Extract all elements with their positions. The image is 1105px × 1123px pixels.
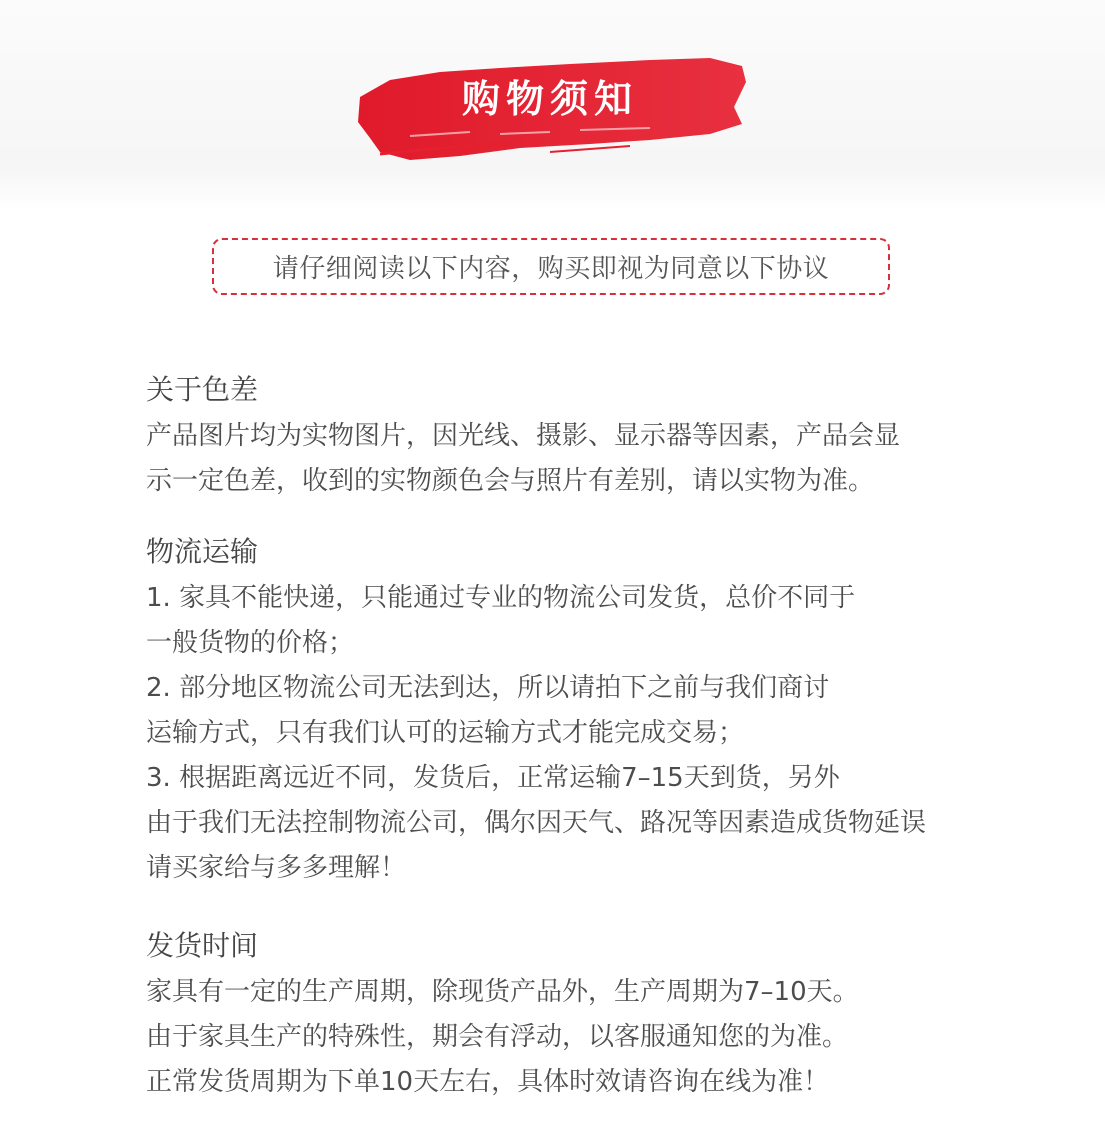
- section-line: 产品图片均为实物图片，因光线、摄影、显示器等因素，产品会显: [146, 414, 996, 459]
- section-shipping-time: 发货时间 家具有一定的生产周期，除现货产品外，生产周期为7–10天。 由于家具生…: [146, 922, 996, 1105]
- section-line: 一般货物的价格；: [146, 621, 996, 666]
- section-logistics: 物流运输 1. 家具不能快递，只能通过专业的物流公司发货，总价不同于 一般货物的…: [146, 528, 996, 891]
- section-line: 3. 根据距离远近不同，发货后，正常运输7–15天到货，另外: [146, 756, 996, 801]
- section-line: 由于我们无法控制物流公司，偶尔因天气、路况等因素造成货物延误: [146, 801, 996, 846]
- section-line: 示一定色差，收到的实物颜色会与照片有差别，请以实物为准。: [146, 459, 996, 504]
- section-line: 运输方式，只有我们认可的运输方式才能完成交易；: [146, 711, 996, 756]
- section-line: 2. 部分地区物流公司无法到达，所以请拍下之前与我们商讨: [146, 666, 996, 711]
- section-line: 由于家具生产的特殊性，期会有浮动，以客服通知您的为准。: [146, 1015, 996, 1060]
- section-title: 关于色差: [146, 366, 996, 414]
- banner-title: 购物须知: [350, 68, 750, 123]
- section-line: 1. 家具不能快递，只能通过专业的物流公司发货，总价不同于: [146, 576, 996, 621]
- section-color-difference: 关于色差 产品图片均为实物图片，因光线、摄影、显示器等因素，产品会显 示一定色差…: [146, 366, 996, 504]
- section-line: 正常发货周期为下单10天左右，具体时效请咨询在线为准！: [146, 1060, 996, 1105]
- section-title: 物流运输: [146, 528, 996, 576]
- section-title: 发货时间: [146, 922, 996, 970]
- section-line: 家具有一定的生产周期，除现货产品外，生产周期为7–10天。: [146, 970, 996, 1015]
- notice-text: 请仔细阅读以下内容，购买即视为同意以下协议: [273, 248, 830, 285]
- section-line: 请买家给与多多理解！: [146, 846, 996, 891]
- notice-box: 请仔细阅读以下内容，购买即视为同意以下协议: [212, 238, 890, 295]
